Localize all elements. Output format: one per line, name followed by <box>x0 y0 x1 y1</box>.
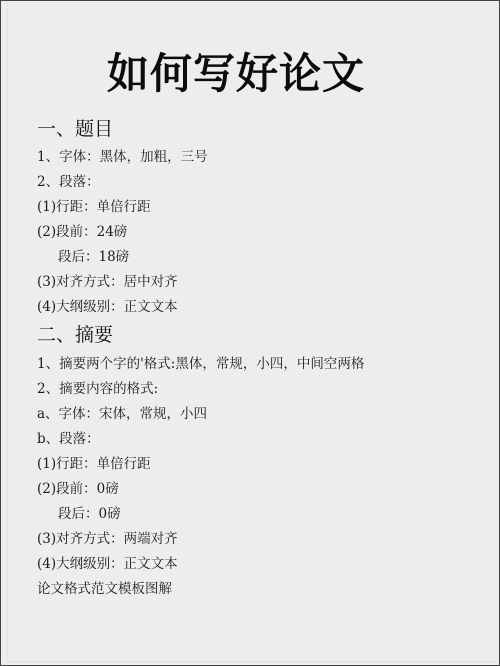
section-2-line-8: (3)对齐方式：两端对齐 <box>37 530 178 548</box>
section-2-line-2: 2、摘要内容的格式: <box>37 380 158 398</box>
document-caption: 论文格式范文模板图解 <box>37 580 172 598</box>
section-2-line-4: b、段落： <box>37 430 100 448</box>
section-heading-abstract: 二、摘要 <box>37 323 113 347</box>
section-1-line-7: (4)大纲级别：正文文本 <box>37 298 178 316</box>
section-2-line-3: a、字体：宋体，常规，小四 <box>37 405 207 423</box>
section-2-line-9: (4)大纲级别：正文文本 <box>37 555 178 573</box>
section-1-line-3: (1)行距：单倍行距 <box>37 198 151 216</box>
section-1-line-1: 1、字体：黑体，加粗，三号 <box>37 148 208 166</box>
section-1-line-6: (3)对齐方式：居中对齐 <box>37 273 178 291</box>
section-1-line-2: 2、段落： <box>37 173 100 191</box>
section-2-line-6: (2)段前：0磅 <box>37 480 119 498</box>
section-1-line-5: 段后：18磅 <box>58 248 129 266</box>
section-heading-title: 一、题目 <box>37 117 113 141</box>
document-page: 如何写好论文 一、题目 1、字体：黑体，加粗，三号 2、段落： (1)行距：单倍… <box>0 0 500 666</box>
section-1-line-4: (2)段前：24磅 <box>37 223 127 241</box>
document-title: 如何写好论文 <box>1 41 471 101</box>
section-2-line-1: 1、摘要两个字的'格式:黑体，常规，小四，中间空两格 <box>37 355 364 373</box>
section-2-line-7: 段后：0磅 <box>58 505 121 523</box>
section-2-line-5: (1)行距：单倍行距 <box>37 455 151 473</box>
